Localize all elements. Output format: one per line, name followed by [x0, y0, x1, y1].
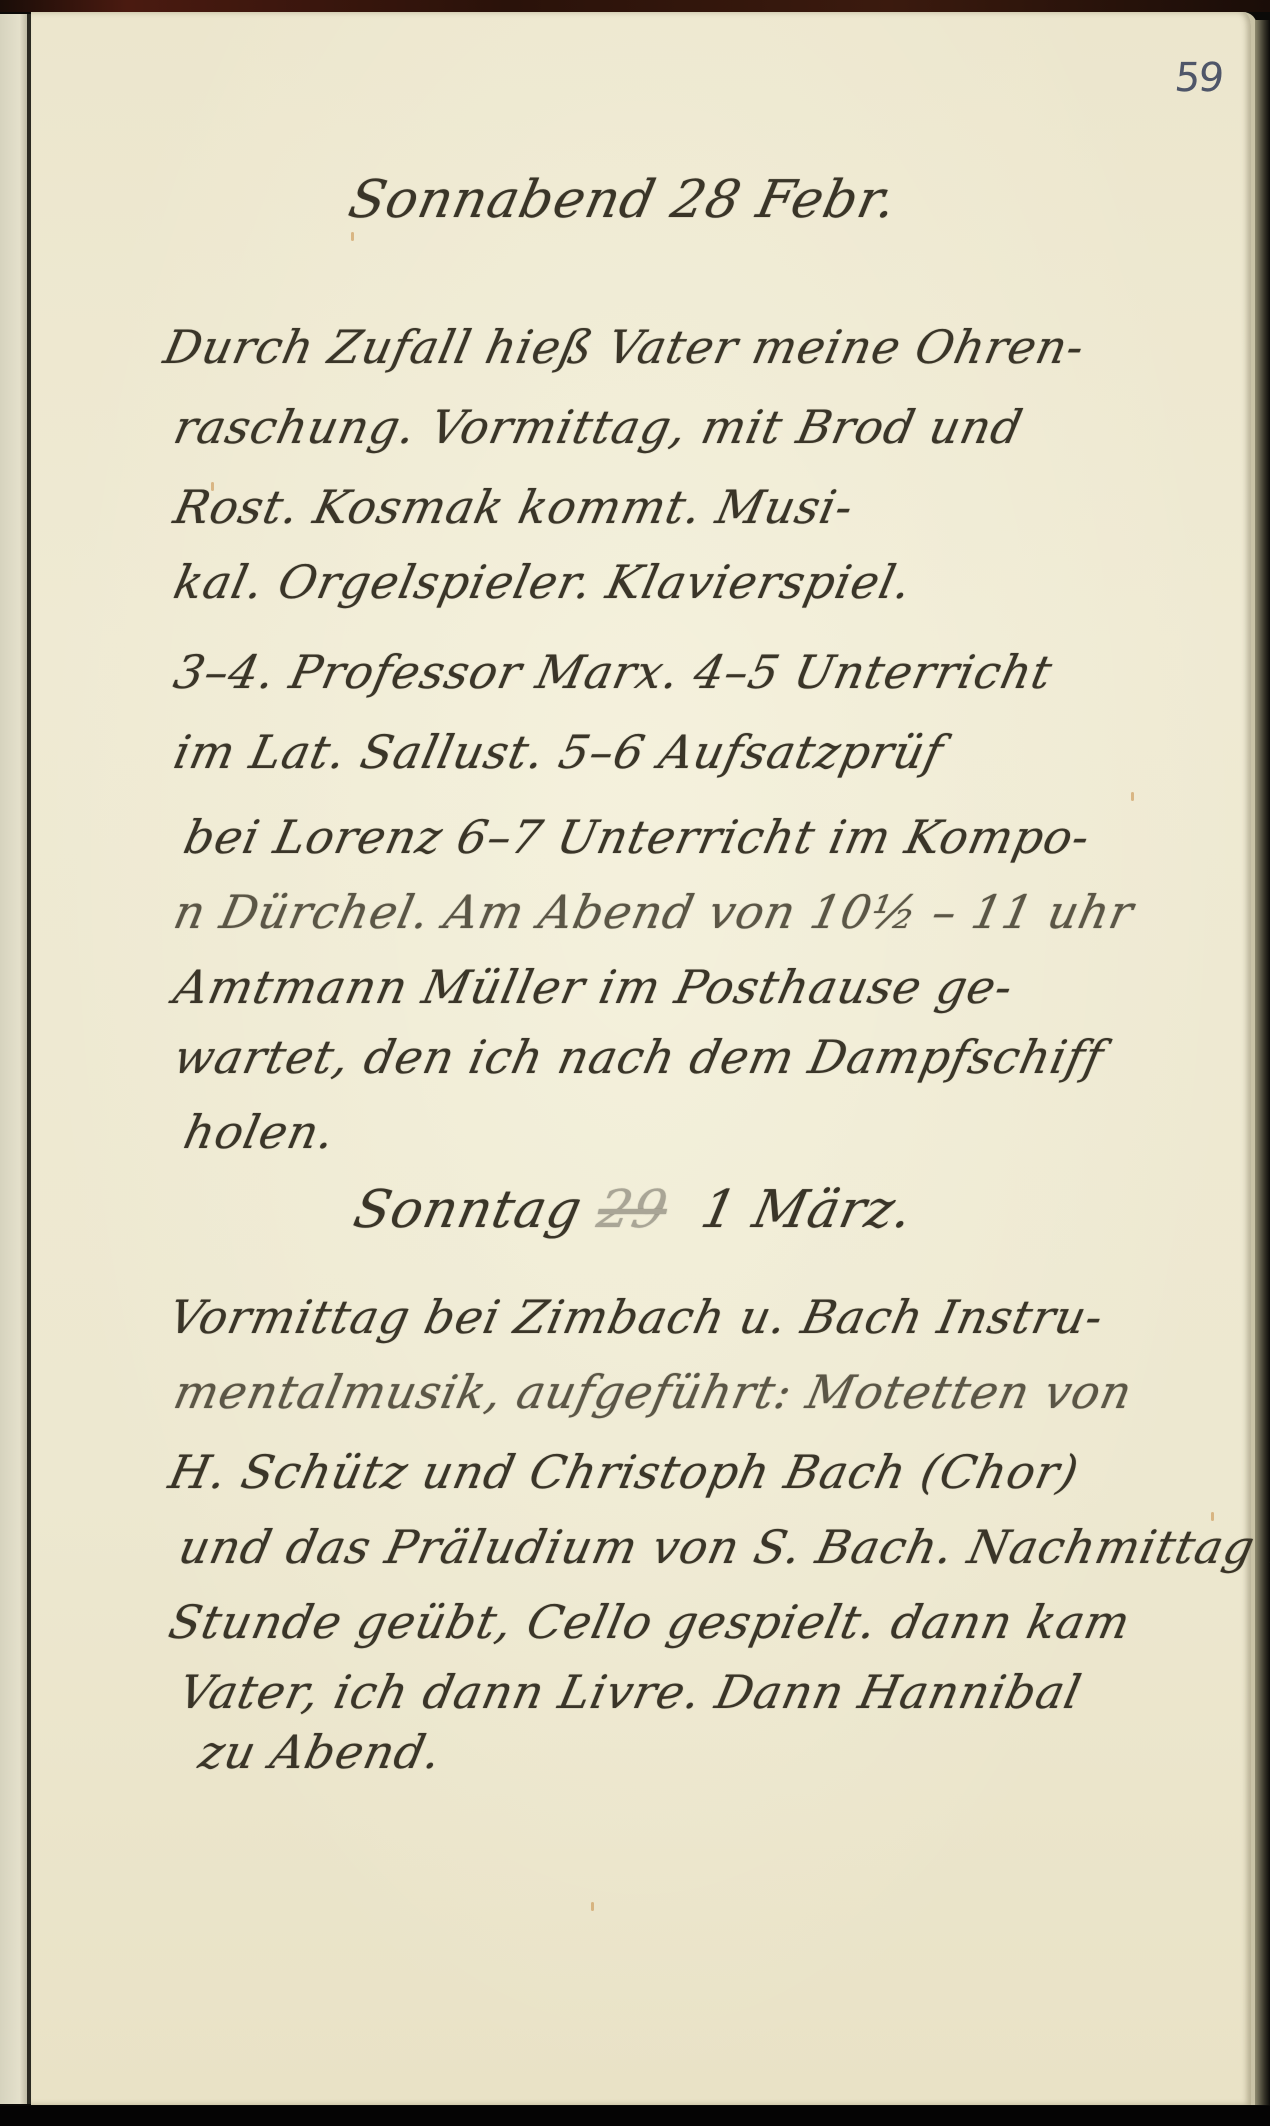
paper-fleck: [351, 232, 354, 241]
entry-line: zu Abend.: [194, 1725, 447, 1779]
entry-line: bei Lorenz 6–7 Unterricht im Kompo-: [179, 810, 1095, 864]
entry-line: wartet, den ich nach dem Dampfschiff: [169, 1030, 1108, 1084]
entry-line: raschung. Vormittag, mit Brod und: [169, 400, 1028, 454]
entry-line: n Dürchel. Am Abend von 10½ – 11 uhr: [169, 885, 1139, 939]
entry-line: kal. Orgelspieler. Klavierspiel.: [169, 555, 917, 609]
entry-line: H. Schütz und Christoph Bach (Chor): [164, 1445, 1084, 1499]
heading-day: Sonntag: [349, 1180, 588, 1240]
entry-heading: Sonntag 29 1 März.: [349, 1180, 919, 1240]
entry-line: Stunde geübt, Cello gespielt. dann kam: [164, 1595, 1135, 1649]
entry-line: mentalmusik, aufgeführt: Motetten von: [169, 1365, 1137, 1419]
paper-fleck: [1131, 792, 1134, 801]
entry-line: Amtmann Müller im Posthause ge-: [169, 960, 1018, 1014]
heading-date: 1 März.: [696, 1180, 918, 1240]
entry-line: im Lat. Sallust. 5–6 Aufsatzprüf: [169, 725, 948, 779]
book-bottom-edge: [0, 2106, 1270, 2126]
entry-line: 3–4. Professor Marx. 4–5 Unterricht: [169, 645, 1057, 699]
entry-line: Vater, ich dann Livre. Dann Hannibal: [174, 1665, 1086, 1719]
struck-date: 29: [592, 1180, 673, 1240]
page-number: 59: [1173, 55, 1225, 101]
entry-line: holen.: [179, 1105, 340, 1159]
book-right-edge: [1255, 20, 1270, 2105]
entry-line: und das Präludium von S. Bach. Nachmitta…: [174, 1520, 1270, 1574]
paper-fleck: [591, 1902, 594, 1911]
entry-line: Rost. Kosmak kommt. Musi-: [169, 480, 858, 534]
book-top-edge: [0, 0, 1270, 12]
entry-line: Durch Zufall hieß Vater meine Ohren-: [159, 320, 1089, 374]
facing-page-edge: [0, 14, 28, 2104]
entry-line: Vormittag bei Zimbach u. Bach Instru-: [164, 1290, 1108, 1344]
entry-heading: Sonnabend 28 Febr.: [344, 170, 903, 230]
